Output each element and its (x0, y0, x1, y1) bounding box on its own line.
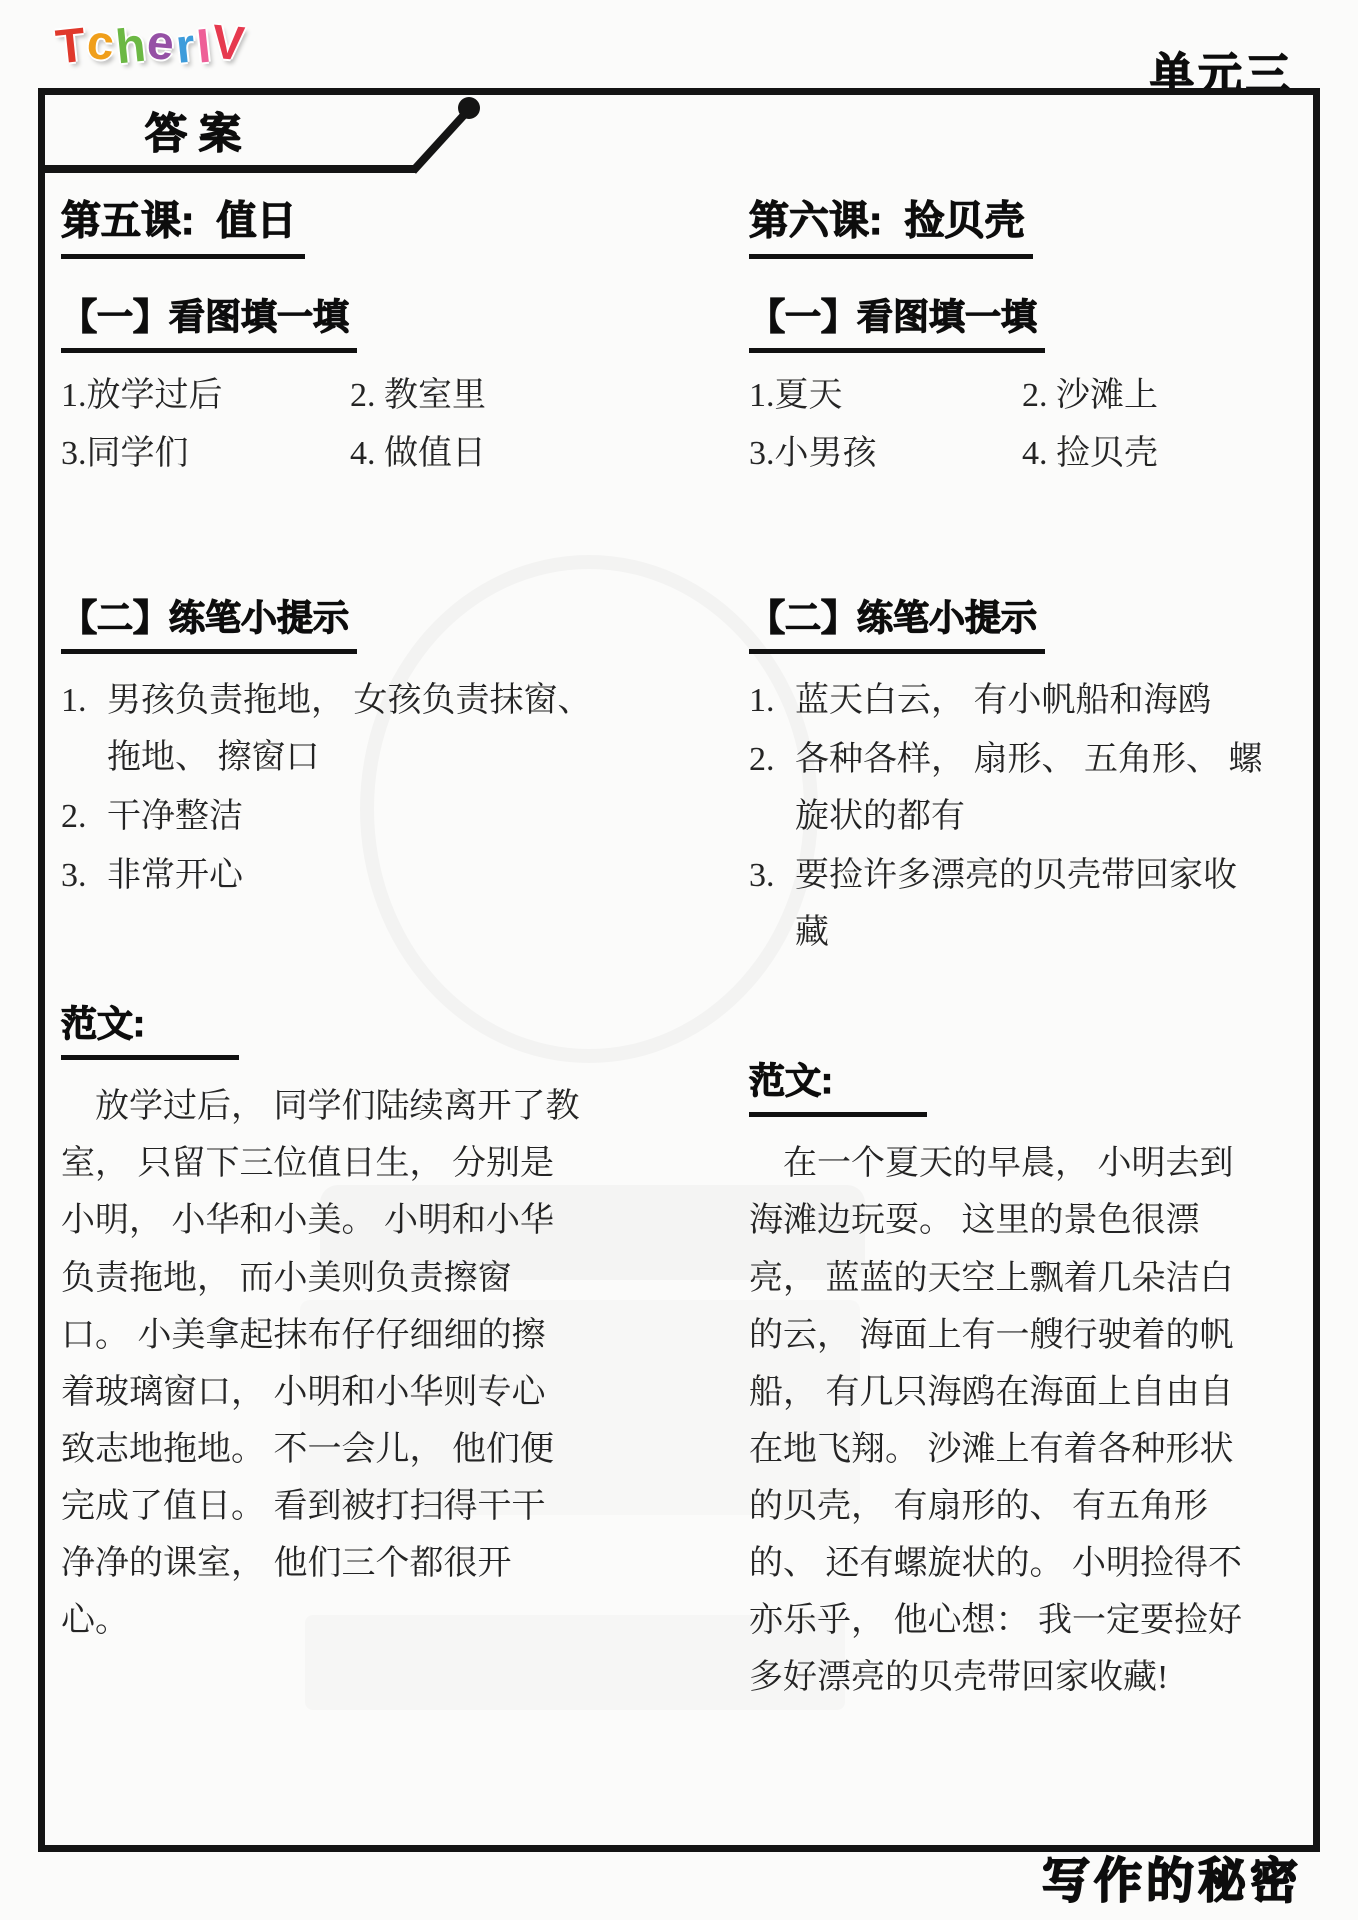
lesson5-essay-label: 范文: (61, 996, 639, 1060)
answer-item: 4. 捡贝壳 (1022, 427, 1295, 481)
logo-letter: V (210, 15, 249, 73)
tip-item: 1. 蓝天白云， 有小帆船和海鸥 (749, 672, 1295, 729)
lesson5-section1-heading: 【一】看图填一填 (61, 289, 639, 353)
lesson5-essay: 放学过后， 同学们陆续离开了教 室， 只留下三位值日生， 分别是 小明， 小华和… (61, 1078, 639, 1649)
answers-title: 答案 (145, 101, 253, 161)
lesson6-essay: 在一个夏天的早晨， 小明去到 海滩边玩耍。 这里的景色很漂 亮， 蓝蓝的天空上飘… (749, 1135, 1295, 1706)
tip-item: 1. 男孩负责拖地， 女孩负责抹窗、 拖地、 擦窗口 (61, 672, 639, 786)
pen-line-decoration (38, 91, 518, 183)
lesson5-column: 第五课: 值日 【一】看图填一填 1.放学过后 2. 教室里 3.同学们 4. … (61, 179, 639, 1706)
answer-columns: 第五课: 值日 【一】看图填一填 1.放学过后 2. 教室里 3.同学们 4. … (45, 95, 1313, 1706)
answer-item: 1.夏天 (749, 369, 1022, 423)
answer-item: 4. 做值日 (350, 427, 639, 481)
answer-sheet-box: 答案 第五课: 值日 【一】看图填一填 1.放学过后 2. 教室里 3.同学们 … (38, 88, 1320, 1852)
series-title: 写作的秘密 (1042, 1842, 1302, 1911)
lesson5-title: 第五课: 值日 (61, 189, 639, 259)
tip-item: 3. 非常开心 (61, 847, 639, 904)
tip-item: 2. 干净整洁 (61, 788, 639, 845)
lesson6-section2-heading: 【二】练笔小提示 (749, 590, 1295, 654)
brand-logo: Tcher IV (56, 18, 246, 73)
answer-item: 1.放学过后 (61, 369, 350, 423)
lesson5-writing-tips: 1. 男孩负责拖地， 女孩负责抹窗、 拖地、 擦窗口 2. 干净整洁 3. 非常… (61, 672, 639, 904)
lesson5-section2-heading: 【二】练笔小提示 (61, 590, 639, 654)
tip-item: 3. 要捡许多漂亮的贝壳带回家收 藏 (749, 847, 1295, 961)
answer-item: 2. 沙滩上 (1022, 369, 1295, 423)
answer-item: 2. 教室里 (350, 369, 639, 423)
lesson6-section1-heading: 【一】看图填一填 (749, 289, 1295, 353)
lesson6-writing-tips: 1. 蓝天白云， 有小帆船和海鸥 2. 各种各样， 扇形、 五角形、 螺 旋状的… (749, 672, 1295, 962)
answer-item: 3.同学们 (61, 427, 350, 481)
answer-item: 3.小男孩 (749, 427, 1022, 481)
tip-item: 2. 各种各样， 扇形、 五角形、 螺 旋状的都有 (749, 731, 1295, 845)
lesson6-essay-label: 范文: (749, 1053, 1295, 1117)
lesson6-title: 第六课: 捡贝壳 (749, 189, 1295, 259)
lesson5-fill-answers: 1.放学过后 2. 教室里 3.同学们 4. 做值日 (61, 369, 639, 482)
lesson6-column: 第六课: 捡贝壳 【一】看图填一填 1.夏天 2. 沙滩上 3.小男孩 4. 捡… (689, 179, 1295, 1706)
lesson6-fill-answers: 1.夏天 2. 沙滩上 3.小男孩 4. 捡贝壳 (749, 369, 1295, 482)
